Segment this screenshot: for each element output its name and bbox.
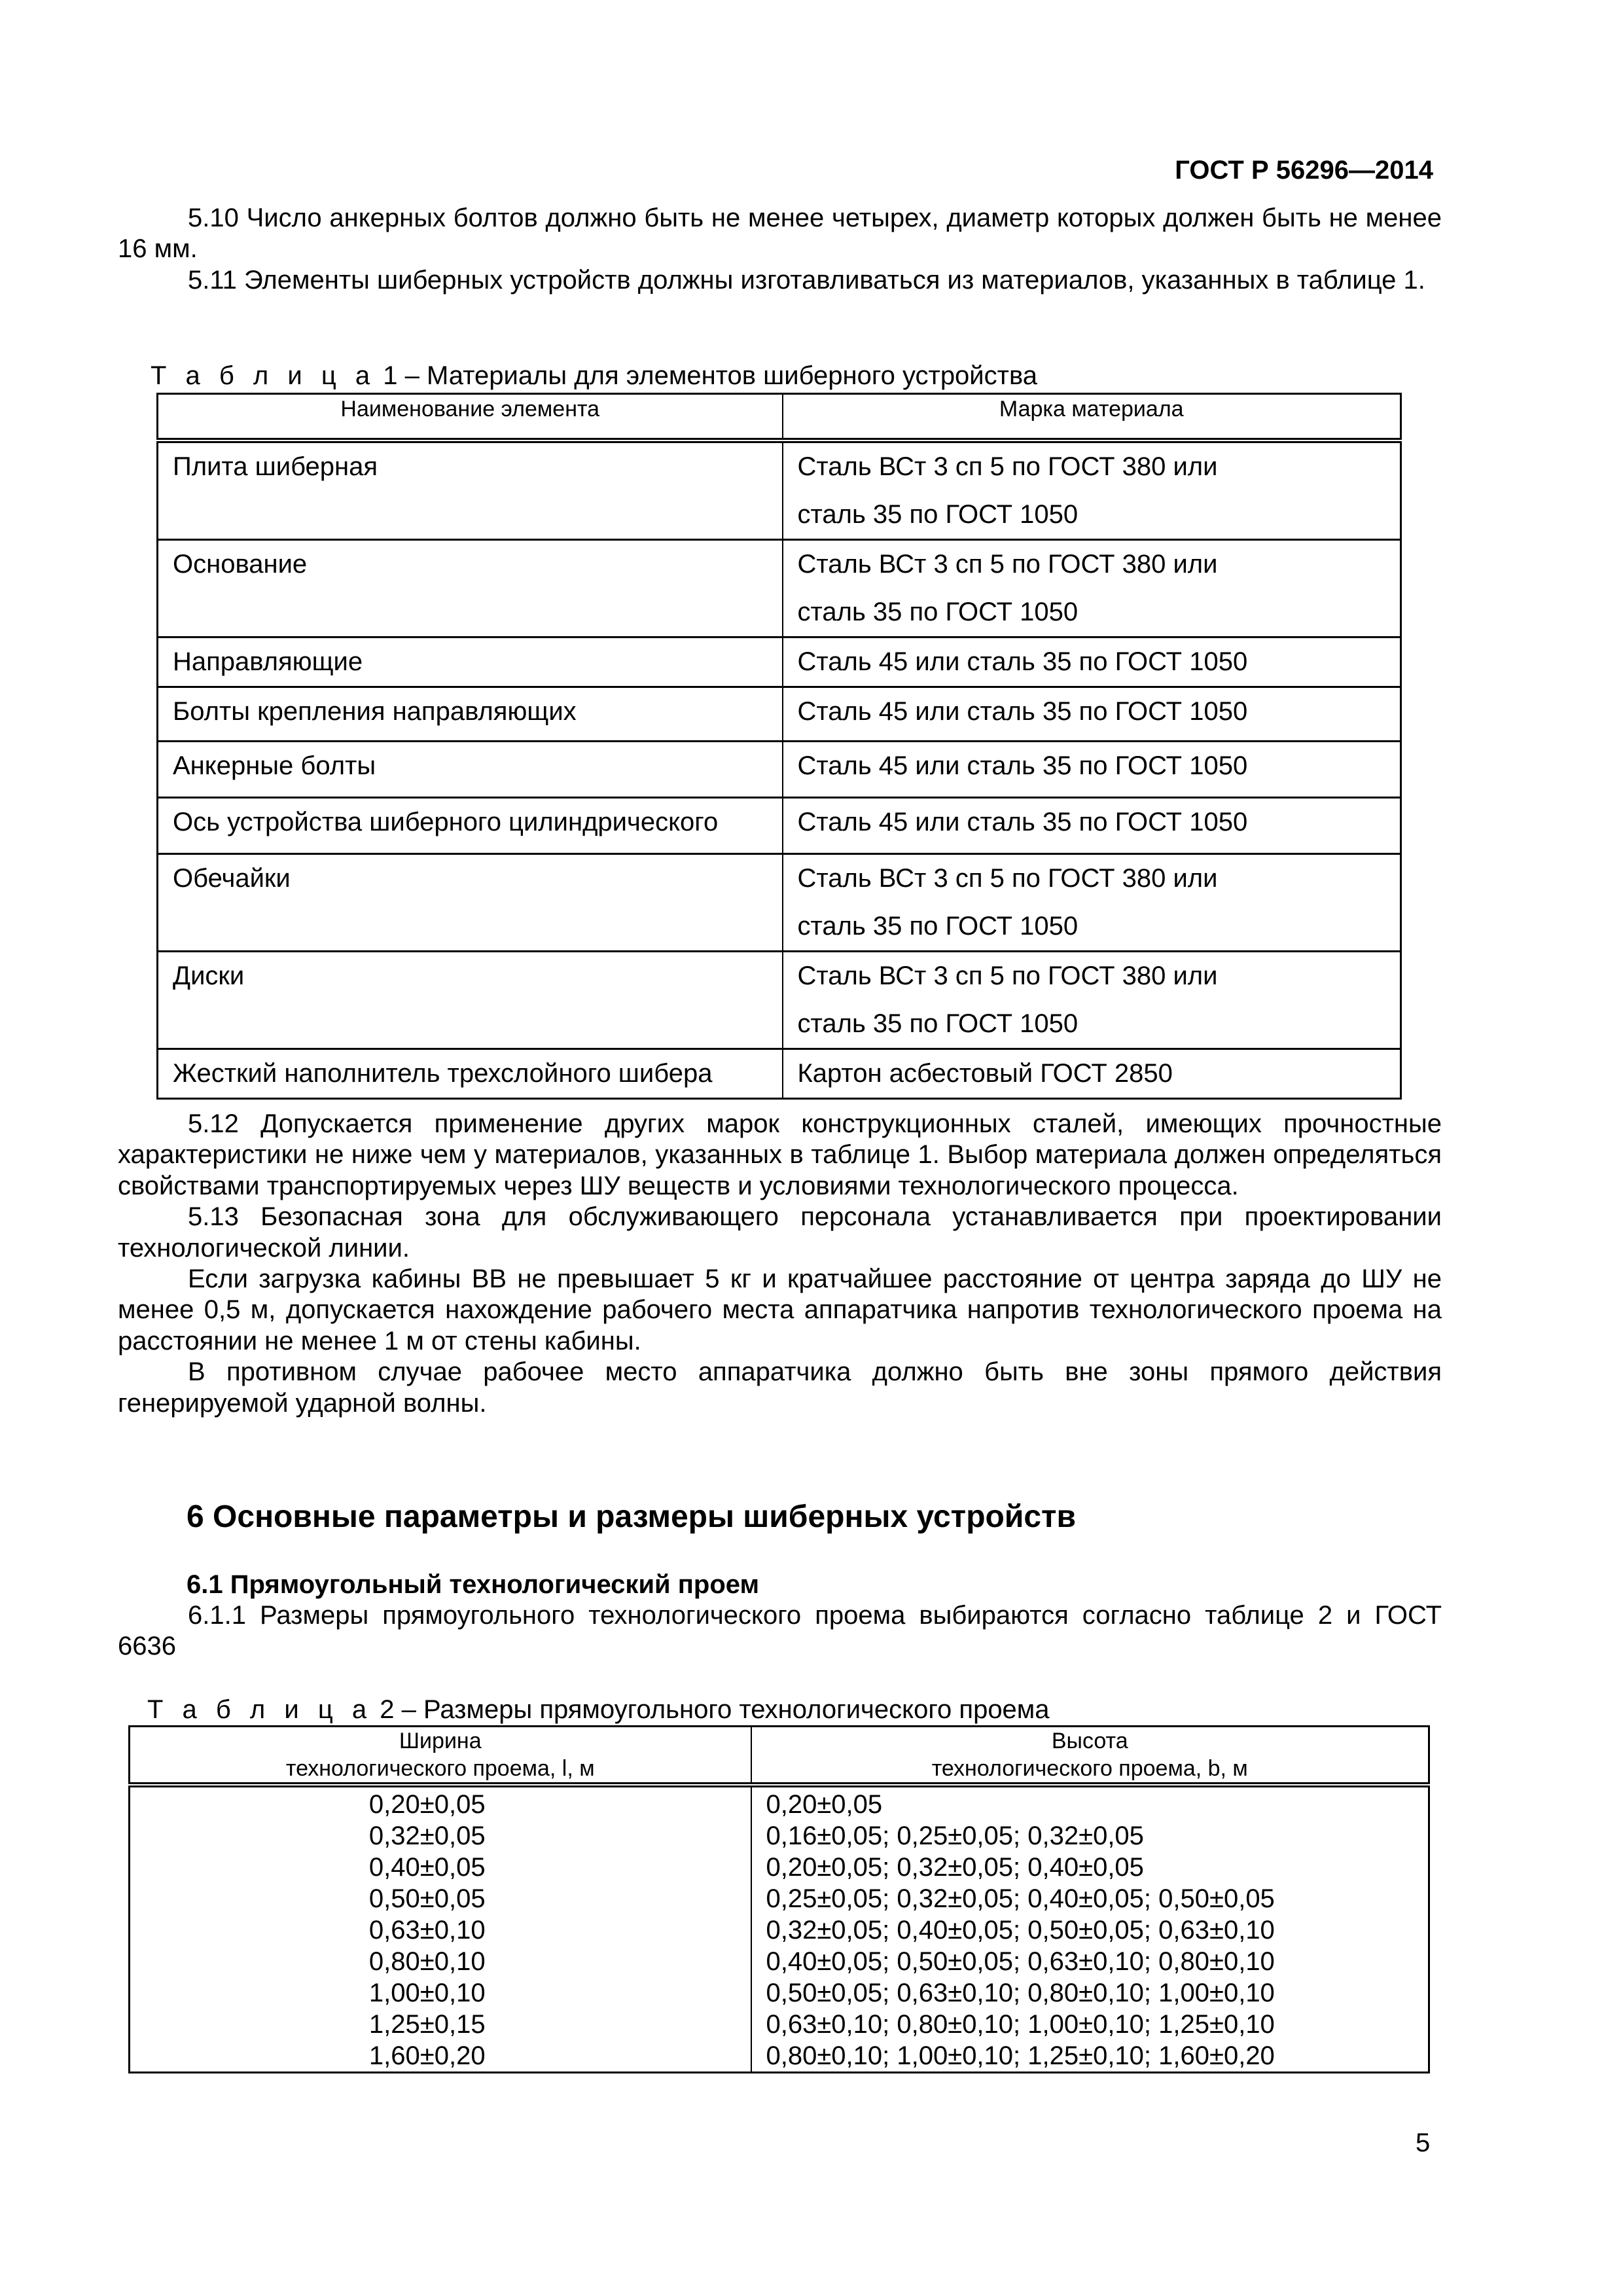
paragraph-5-11: 5.11 Элементы шиберных устройств должны … (118, 265, 1442, 296)
height-cell: 0,20±0,05 (751, 1785, 1429, 1820)
material-line: сталь 35 по ГОСТ 1050 (798, 1000, 1400, 1048)
section-6-1-heading: 6.1 Прямоугольный технологический проем (187, 1570, 759, 1600)
material-cell: Сталь ВСт 3 сп 5 по ГОСТ 380 илисталь 35… (783, 540, 1401, 637)
table1-caption-number: 1 (383, 361, 397, 390)
section-6-heading: 6 Основные параметры и размеры шиберных … (187, 1499, 1076, 1535)
table2-header-width: Ширина технологического проема, l, м (130, 1727, 751, 1785)
paragraph-5-12: 5.12 Допускается применение других марок… (118, 1109, 1442, 1202)
materials-table: Наименование элемента Марка материала Пл… (156, 393, 1402, 1100)
table-row: Ось устройства шиберного цилиндрического… (158, 798, 1401, 854)
element-name-cell: Жесткий наполнитель трехслойного шибера (158, 1049, 783, 1099)
width-cell: 1,60±0,20 (130, 2040, 751, 2073)
table-row: НаправляющиеСталь 45 или сталь 35 по ГОС… (158, 637, 1401, 687)
width-cell: 0,80±0,10 (130, 1946, 751, 1977)
table2-caption: Т а б л и ц а 2 – Размеры прямоугольного… (147, 1695, 1050, 1724)
table1-caption-prefix: Т а б л и ц а (151, 361, 376, 390)
material-cell: Сталь 45 или сталь 35 по ГОСТ 1050 (783, 687, 1401, 742)
width-cell: 0,40±0,05 (130, 1852, 751, 1883)
paragraph-loading: Если загрузка кабины ВВ не превышает 5 к… (118, 1264, 1442, 1357)
table-row: 1,25±0,150,63±0,10; 0,80±0,10; 1,00±0,10… (130, 2009, 1429, 2040)
height-cell: 0,16±0,05; 0,25±0,05; 0,32±0,05 (751, 1820, 1429, 1852)
material-line: Картон асбестовый ГОСТ 2850 (798, 1050, 1400, 1098)
paragraph-6-1-1: 6.1.1 Размеры прямоугольного технологиче… (118, 1600, 1442, 1662)
table2-caption-text: – Размеры прямоугольного технологическог… (402, 1695, 1050, 1724)
height-cell: 0,20±0,05; 0,32±0,05; 0,40±0,05 (751, 1852, 1429, 1883)
height-cell: 0,32±0,05; 0,40±0,05; 0,50±0,05; 0,63±0,… (751, 1914, 1429, 1946)
table2-header-width-line2: технологического проема, l, м (130, 1755, 751, 1782)
table-row: Жесткий наполнитель трехслойного шибераК… (158, 1049, 1401, 1099)
material-line: сталь 35 по ГОСТ 1050 (798, 903, 1400, 950)
width-cell: 1,25±0,15 (130, 2009, 751, 2040)
width-cell: 0,20±0,05 (130, 1785, 751, 1820)
table2-header-height-line2: технологического проема, b, м (752, 1755, 1429, 1782)
material-cell: Сталь 45 или сталь 35 по ГОСТ 1050 (783, 637, 1401, 687)
table2-header-width-line1: Ширина (130, 1727, 751, 1755)
paragraphs-top: 5.10 Число анкерных болтов должно быть н… (118, 203, 1442, 296)
material-cell: Сталь 45 или сталь 35 по ГОСТ 1050 (783, 798, 1401, 854)
material-cell: Сталь ВСт 3 сп 5 по ГОСТ 380 илисталь 35… (783, 854, 1401, 952)
table-row: 1,60±0,200,80±0,10; 1,00±0,10; 1,25±0,10… (130, 2040, 1429, 2073)
document-code: ГОСТ Р 56296—2014 (1175, 154, 1433, 186)
height-cell: 0,40±0,05; 0,50±0,05; 0,63±0,10; 0,80±0,… (751, 1946, 1429, 1977)
material-cell: Сталь ВСт 3 сп 5 по ГОСТ 380 илисталь 35… (783, 952, 1401, 1049)
material-line: Сталь ВСт 3 сп 5 по ГОСТ 380 или (798, 952, 1400, 1000)
element-name-cell: Ось устройства шиберного цилиндрического (158, 798, 783, 854)
element-name-cell: Болты крепления направляющих (158, 687, 783, 742)
paragraph-5-13: 5.13 Безопасная зона для обслуживающего … (118, 1202, 1442, 1264)
opening-sizes-table: Ширина технологического проема, l, м Выс… (128, 1725, 1430, 2073)
element-name-cell: Обечайки (158, 854, 783, 952)
table1-header-element: Наименование элемента (158, 394, 783, 441)
material-line: Сталь 45 или сталь 35 по ГОСТ 1050 (798, 688, 1400, 736)
table-row: ДискиСталь ВСт 3 сп 5 по ГОСТ 380 илиста… (158, 952, 1401, 1049)
element-name-cell: Диски (158, 952, 783, 1049)
width-cell: 0,63±0,10 (130, 1914, 751, 1946)
width-cell: 0,50±0,05 (130, 1883, 751, 1914)
element-name-cell: Основание (158, 540, 783, 637)
paragraphs-middle: 5.12 Допускается применение других марок… (118, 1109, 1442, 1419)
table-row: 0,40±0,050,20±0,05; 0,32±0,05; 0,40±0,05 (130, 1852, 1429, 1883)
table1-caption-text: – Материалы для элементов шиберного устр… (405, 361, 1037, 390)
height-cell: 0,63±0,10; 0,80±0,10; 1,00±0,10; 1,25±0,… (751, 2009, 1429, 2040)
height-cell: 0,25±0,05; 0,32±0,05; 0,40±0,05; 0,50±0,… (751, 1883, 1429, 1914)
table-row: 0,32±0,050,16±0,05; 0,25±0,05; 0,32±0,05 (130, 1820, 1429, 1852)
material-line: Сталь ВСт 3 сп 5 по ГОСТ 380 или (798, 443, 1400, 491)
material-line: Сталь 45 или сталь 35 по ГОСТ 1050 (798, 638, 1400, 686)
width-cell: 0,32±0,05 (130, 1820, 751, 1852)
element-name-cell: Направляющие (158, 637, 783, 687)
material-cell: Сталь ВСт 3 сп 5 по ГОСТ 380 илисталь 35… (783, 440, 1401, 540)
paragraph-6-1-1-block: 6.1.1 Размеры прямоугольного технологиче… (118, 1600, 1442, 1662)
height-cell: 0,80±0,10; 1,00±0,10; 1,25±0,10; 1,60±0,… (751, 2040, 1429, 2073)
material-line: Сталь 45 или сталь 35 по ГОСТ 1050 (798, 742, 1400, 790)
table-row: Плита шибернаяСталь ВСт 3 сп 5 по ГОСТ 3… (158, 440, 1401, 540)
table1-header-material: Марка материала (783, 394, 1401, 441)
table-row: ОснованиеСталь ВСт 3 сп 5 по ГОСТ 380 ил… (158, 540, 1401, 637)
element-name-cell: Анкерные болты (158, 742, 783, 798)
table2-header-height: Высота технологического проема, b, м (751, 1727, 1429, 1785)
table-row: Анкерные болтыСталь 45 или сталь 35 по Г… (158, 742, 1401, 798)
width-cell: 1,00±0,10 (130, 1977, 751, 2009)
table-row: Болты крепления направляющихСталь 45 или… (158, 687, 1401, 742)
element-name-cell: Плита шиберная (158, 440, 783, 540)
table-row: 0,50±0,050,25±0,05; 0,32±0,05; 0,40±0,05… (130, 1883, 1429, 1914)
table1-caption: Т а б л и ц а 1 – Материалы для элементо… (151, 361, 1037, 390)
material-line: Сталь ВСт 3 сп 5 по ГОСТ 380 или (798, 541, 1400, 588)
table-row: 0,63±0,100,32±0,05; 0,40±0,05; 0,50±0,05… (130, 1914, 1429, 1946)
table-row: ОбечайкиСталь ВСт 3 сп 5 по ГОСТ 380 или… (158, 854, 1401, 952)
material-line: сталь 35 по ГОСТ 1050 (798, 588, 1400, 636)
paragraph-otherwise: В противном случае рабочее место аппарат… (118, 1357, 1442, 1419)
page-number: 5 (1416, 2128, 1430, 2157)
height-cell: 0,50±0,05; 0,63±0,10; 0,80±0,10; 1,00±0,… (751, 1977, 1429, 2009)
table-row: 0,20±0,050,20±0,05 (130, 1785, 1429, 1820)
material-line: Сталь ВСт 3 сп 5 по ГОСТ 380 или (798, 855, 1400, 903)
table-row: 0,80±0,100,40±0,05; 0,50±0,05; 0,63±0,10… (130, 1946, 1429, 1977)
material-line: Сталь 45 или сталь 35 по ГОСТ 1050 (798, 798, 1400, 846)
paragraph-5-10: 5.10 Число анкерных болтов должно быть н… (118, 203, 1442, 265)
table2-caption-number: 2 (380, 1695, 394, 1724)
material-cell: Картон асбестовый ГОСТ 2850 (783, 1049, 1401, 1099)
table2-caption-prefix: Т а б л и ц а (147, 1695, 372, 1724)
table2-header-height-line1: Высота (752, 1727, 1429, 1755)
material-cell: Сталь 45 или сталь 35 по ГОСТ 1050 (783, 742, 1401, 798)
material-line: сталь 35 по ГОСТ 1050 (798, 491, 1400, 539)
table-row: 1,00±0,100,50±0,05; 0,63±0,10; 0,80±0,10… (130, 1977, 1429, 2009)
